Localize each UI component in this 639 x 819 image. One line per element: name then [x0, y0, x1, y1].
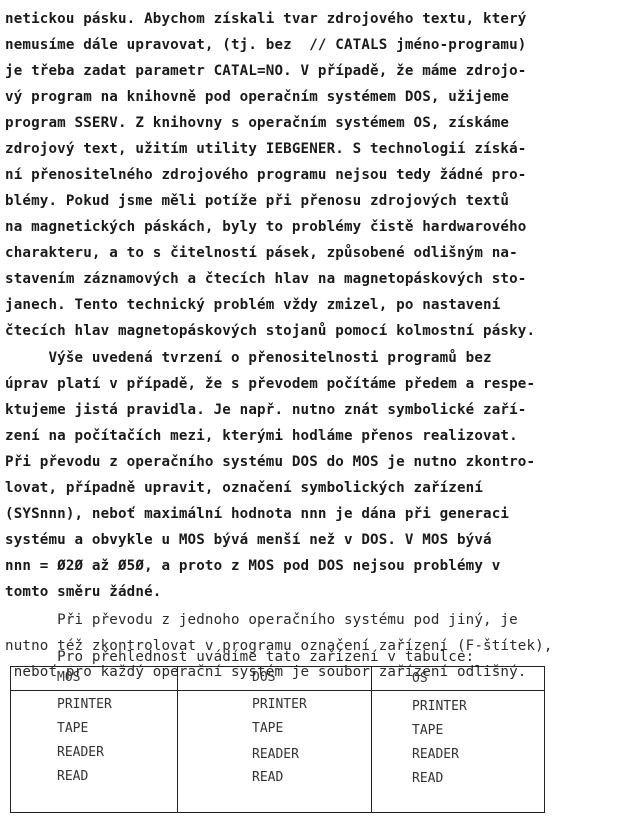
table-cell: PRINTER	[252, 697, 307, 713]
table-cell: READ	[57, 769, 88, 785]
text-line: Při převodu z operačního systému DOS do …	[5, 453, 535, 472]
text-line: Pro přehlednost uvádíme tato zařízení v …	[5, 648, 474, 667]
text-line: blémy. Pokud jsme měli potíže při přenos…	[5, 192, 509, 211]
device-table: MOS DOS OS PRINTER PRINTER PRINTER TAPE …	[10, 666, 545, 813]
text-line: program SSERV. Z knihovny s operačním sy…	[5, 114, 509, 133]
text-line: nnn = Ø2Ø až Ø5Ø, a proto z MOS pod DOS …	[5, 557, 500, 576]
table-cell: READ	[252, 770, 283, 786]
text-line: na magnetických páskách, byly to problém…	[5, 218, 527, 237]
table-cell: PRINTER	[412, 699, 467, 715]
text-line: janech. Tento technický problém vždy zmi…	[5, 296, 500, 315]
table-header-divider	[11, 690, 544, 691]
table-column-divider	[371, 667, 372, 812]
table-cell: PRINTER	[57, 697, 112, 713]
table-column-divider	[177, 667, 178, 812]
table-cell: TAPE	[252, 721, 283, 737]
text-line: zdrojový text, užitím utility IEBGENER. …	[5, 140, 527, 159]
text-line: tomto směru žádné.	[5, 583, 161, 602]
scanned-document-page: netickou pásku. Abychom získali tvar zdr…	[0, 0, 639, 819]
table-cell: TAPE	[412, 723, 443, 739]
text-line: nemusíme dále upravovat, (tj. bez // CAT…	[5, 36, 527, 55]
text-line: čtecích hlav magnetopáskových stojanů po…	[5, 322, 535, 341]
text-line: systému a obvykle u MOS bývá menší než v…	[5, 531, 492, 550]
text-line: netickou pásku. Abychom získali tvar zdr…	[5, 10, 527, 29]
text-line: lovat, případně upravit, označení symbol…	[5, 479, 483, 498]
table-header-dos: DOS	[252, 670, 275, 686]
table-header-mos: MOS	[57, 670, 80, 686]
text-line: zení na počítačích mezi, kterými hodláme…	[5, 427, 518, 446]
text-line: ní přenositelného zdrojového programu ne…	[5, 166, 527, 185]
text-line: úprav platí v případě, že s převodem poč…	[5, 375, 535, 394]
table-cell: READER	[412, 747, 459, 763]
table-cell: TAPE	[57, 721, 88, 737]
table-cell: READ	[412, 771, 443, 787]
table-cell: READER	[252, 747, 299, 763]
text-line: (SYSnnn), neboť maximální hodnota nnn je…	[5, 505, 509, 524]
table-header-os: OS	[412, 671, 428, 687]
text-line: charakteru, a to s čitelností pásek, způ…	[5, 244, 518, 263]
text-line: je třeba zadat parametr CATAL=NO. V příp…	[5, 62, 527, 81]
text-line: Při převodu z jednoho operačního systému…	[5, 611, 518, 630]
text-line: Výše uvedená tvrzení o přenositelnosti p…	[5, 349, 492, 368]
text-line: vý program na knihovně pod operačním sys…	[5, 88, 509, 107]
table-cell: READER	[57, 745, 104, 761]
text-line: stavením záznamových a čtecích hlav na m…	[5, 270, 527, 289]
text-line: ktujeme jistá pravidla. Je např. nutno z…	[5, 401, 527, 420]
